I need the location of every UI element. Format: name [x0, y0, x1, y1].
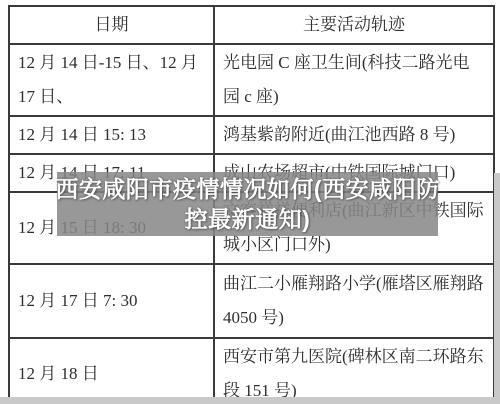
header-activity: 主要活动轨迹: [214, 6, 494, 44]
right-page-margin: [494, 173, 500, 404]
page: 日期 主要活动轨迹 12 月 14 日-15 日、12 月 17 日、 光电园 …: [0, 0, 500, 404]
bottom-page-margin: [0, 397, 500, 404]
date-cell: 12 月 18 日: [9, 338, 214, 404]
table-row: 12 月 14 日 15: 13 鸿基紫韵附近(曲江池西路 8 号): [9, 116, 494, 154]
title-banner: 西安咸阳市疫情情况如何(西安咸阳防 控最新通知): [57, 172, 438, 236]
date-cell: 12 月 17 日 7: 30: [9, 264, 214, 338]
header-date: 日期: [9, 6, 214, 44]
table-row: 12 月 17 日 7: 30 曲江二小雁翔路小学(雁塔区雁翔路 4050 号): [9, 264, 494, 338]
activity-cell: 曲江二小雁翔路小学(雁塔区雁翔路 4050 号): [214, 264, 494, 338]
banner-title-line2: 控最新通知): [185, 204, 311, 234]
activity-cell: 西安市第九医院(碑林区南二环路东段 151 号): [214, 338, 494, 404]
date-cell: 12 月 14 日 15: 13: [9, 116, 214, 154]
table-row: 12 月 14 日-15 日、12 月 17 日、 光电园 C 座卫生间(科技二…: [9, 44, 494, 116]
activity-cell: 光电园 C 座卫生间(科技二路光电园 c 座): [214, 44, 494, 116]
date-cell: 12 月 14 日-15 日、12 月 17 日、: [9, 44, 214, 116]
activity-cell: 鸿基紫韵附近(曲江池西路 8 号): [214, 116, 494, 154]
banner-title-line1: 西安咸阳市疫情情况如何(西安咸阳防: [55, 174, 439, 204]
table-header-row: 日期 主要活动轨迹: [9, 6, 494, 44]
table-row: 12 月 18 日 西安市第九医院(碑林区南二环路东段 151 号): [9, 338, 494, 404]
